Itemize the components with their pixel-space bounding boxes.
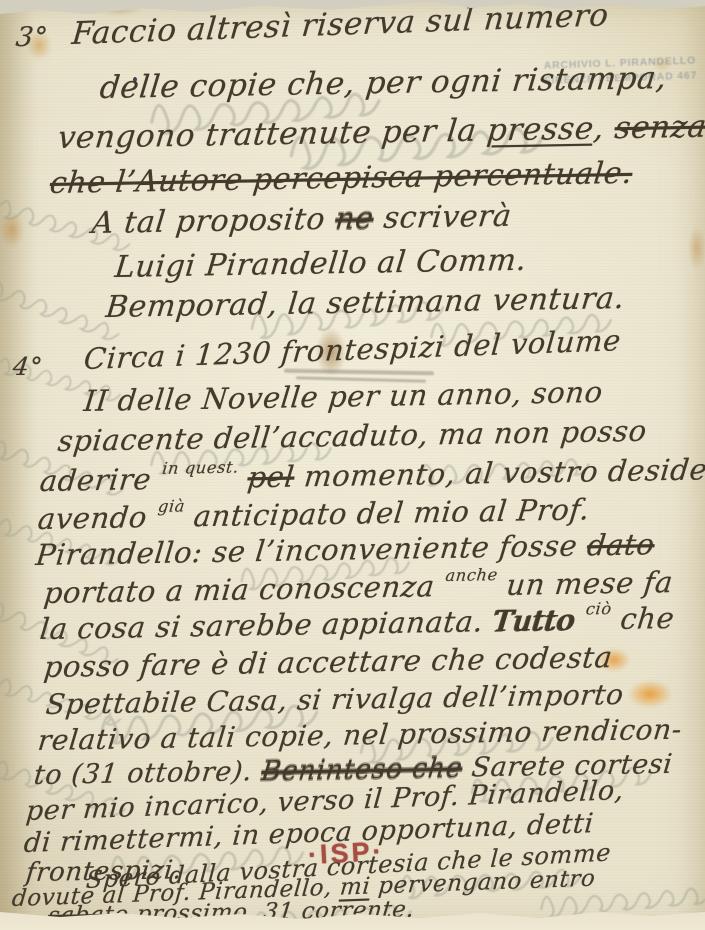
handwriting-layer: 3°Faccio altresì riserva sul numerodelle… [0, 0, 705, 930]
handwritten-text: scriverà [372, 199, 514, 236]
strikethrough-text: dato [585, 527, 656, 562]
inserted-text: ciò [585, 599, 613, 618]
handwritten-line: Circa i 1230 frontespizi del volume [83, 323, 623, 376]
handwritten-line: Bemporad, la settimana ventura. [104, 281, 626, 325]
handwritten-text: un mese fa [495, 565, 675, 602]
strikethrough-text: che l’Autore percepisca percentuale. [48, 156, 634, 201]
handwritten-text: 4° [11, 352, 44, 381]
handwritten-text: 3° [14, 22, 50, 53]
handwritten-line: aderire in quest. pel momento, al vostro… [38, 451, 705, 498]
handwritten-line: spiacente dell’accaduto, ma non posso [56, 414, 648, 458]
handwritten-text: Pirandello: se l’inconveniente fosse [34, 528, 589, 572]
handwritten-text: che [609, 601, 676, 636]
paper-sheet: ARCHIVIO L. PIRANDELLO FIRENZE / BEMPORA… [0, 0, 705, 930]
strikethrough-text: ne [334, 201, 376, 237]
inserted-text: in quest. [161, 458, 240, 478]
handwritten-line: A tal proposito ne scriverà [90, 199, 513, 241]
handwritten-text: II delle Novelle per un anno, sono [82, 375, 604, 418]
handwritten-text: Faccio altresì riserva sul numero [70, 0, 610, 52]
inserted-text: anche [445, 565, 499, 585]
underlined-text: presse [485, 111, 596, 149]
handwritten-text: spiacente dell’accaduto, ma non posso [56, 414, 648, 458]
inserted-text: già [157, 497, 186, 517]
handwritten-line: 4° [11, 352, 44, 381]
handwritten-text: A tal proposito [90, 202, 337, 241]
handwritten-text: la cosa si sarebbe appianata. [38, 604, 495, 646]
handwritten-text: portato a mia conoscenza [42, 569, 446, 610]
handwritten-text: aderire [38, 462, 163, 498]
strikethrough-text: pel [246, 460, 296, 495]
handwritten-text: momento, al vostro desiderio, [293, 451, 705, 493]
handwritten-text: delle copie che, per ogni ristampa, [98, 60, 669, 106]
handwritten-line: che l’Autore percepisca percentuale. [48, 156, 634, 201]
handwritten-text: posso fare è di accettare che codesta [42, 640, 614, 684]
handwritten-text: Circa i 1230 frontespizi del volume [83, 323, 623, 376]
handwritten-text [573, 602, 586, 636]
handwritten-text: to (31 ottobre). [32, 756, 263, 791]
handwritten-line: II delle Novelle per un anno, sono [82, 375, 604, 418]
handwritten-line: Faccio altresì riserva sul numero [70, 0, 610, 52]
isp-stamp: ·ISP· [307, 836, 385, 871]
strikethrough-text: senza [613, 109, 705, 147]
handwritten-text: Bemporad, la settimana ventura. [104, 281, 626, 325]
handwritten-line: delle copie che, per ogni ristampa, [98, 60, 669, 106]
handwritten-text: Tutto [491, 603, 576, 638]
handwritten-text: vengono trattenute per la [56, 112, 489, 156]
handwritten-line: vengono trattenute per la presse, senza [56, 109, 705, 156]
handwritten-text: Luigi Pirandello al Comm. [113, 243, 528, 285]
handwritten-line: 3° [14, 22, 50, 53]
handwritten-line: Luigi Pirandello al Comm. [113, 243, 528, 285]
handwritten-line: posso fare è di accettare che codesta [42, 640, 614, 684]
handwritten-text: avendo [36, 500, 159, 536]
handwritten-text: anticipato del mio al Prof. [182, 492, 591, 533]
isp-stamp-text: ·ISP· [307, 836, 385, 870]
scanned-letter-page: { "page": { "width": 705, "height": 930,… [0, 0, 705, 930]
